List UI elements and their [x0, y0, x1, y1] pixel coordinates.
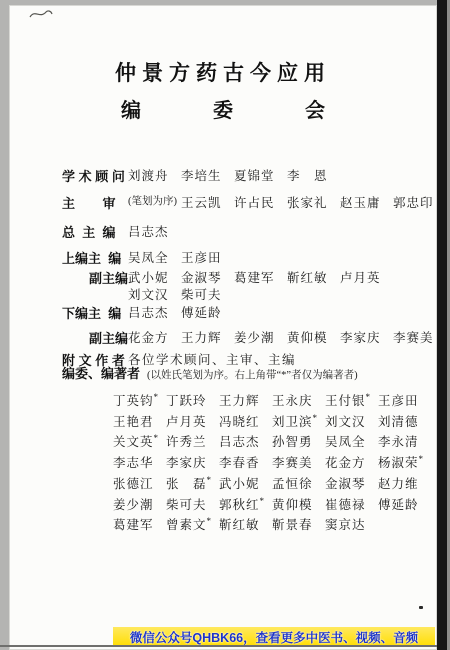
row-label: 副主编 — [62, 328, 128, 347]
row-note: (笔划为序) — [128, 196, 177, 207]
person-name: 赵力维 — [378, 474, 420, 492]
person-name: 李赛美 — [272, 453, 314, 471]
committee-grid-row: 张德江张 磊*武小妮孟恒徐金淑琴赵力维 — [113, 474, 431, 492]
editorial-row: 副主编花金方王力辉姜少潮黄仰模李家庆李赛美 — [62, 328, 446, 347]
person-name: 靳景春 — [272, 515, 314, 533]
person-name: 李志华 — [113, 453, 155, 471]
editorial-row: 上编主 编吴凤全王彦田 — [62, 248, 234, 267]
editor-only-asterisk: * — [207, 516, 212, 526]
person-name: 傅延龄 — [181, 303, 223, 321]
committee-heading: 编委、编著者 (以姓氏笔划为序。右上角带“*”者仅为编著者) — [62, 363, 358, 383]
page-title: 仲景方药古今应用 — [9, 57, 437, 87]
person-name: 金淑琴 — [181, 268, 223, 286]
person-name: 窦京达 — [325, 515, 367, 533]
person-name: 姜少潮 — [234, 328, 276, 346]
person-name: 王艳君 — [113, 412, 155, 430]
row-label: 主 审 — [62, 193, 128, 212]
person-name: 葛建军 — [113, 515, 155, 533]
row-label: 下编主 编 — [62, 303, 128, 322]
person-name: 李培生 — [181, 166, 223, 184]
person-name: 王力辉 — [181, 328, 223, 346]
person-name: 黄仰模 — [272, 495, 314, 513]
person-name: 许秀兰 — [166, 432, 208, 450]
editorial-row: 总 主 编吕志杰 — [62, 222, 181, 241]
person-name: 孙智勇 — [272, 432, 314, 450]
person-name: 吴凤全 — [128, 248, 170, 266]
person-name: 孟恒徐 — [272, 474, 314, 492]
person-name: 卢月英 — [166, 412, 208, 430]
person-name: 李 恩 — [287, 166, 329, 184]
person-name: 冯晓红 — [219, 412, 261, 430]
person-name: 郭忠印 — [393, 193, 435, 211]
committee-grid-row: 丁英钧*丁跃玲王力辉王永庆王付银*王彦田 — [113, 391, 431, 409]
person-name: 丁跃玲 — [166, 391, 208, 409]
person-name: 王彦田 — [378, 391, 420, 409]
person-name: 李永清 — [378, 432, 420, 450]
person-name: 金淑琴 — [325, 474, 367, 492]
person-name: 柴可夫 — [166, 495, 208, 513]
committee-note: (以姓氏笔划为序。右上角带“*”者仅为编著者) — [147, 370, 358, 381]
committee-grid-row: 葛建军曾素文*靳红敏靳景春窦京达 — [113, 515, 378, 533]
person-name: 花金方 — [325, 453, 367, 471]
person-name: 王永庆 — [272, 391, 314, 409]
person-name: 刘文汉 — [325, 412, 367, 430]
editor-only-asterisk: * — [260, 496, 265, 506]
page-subtitle: 编 委 会 — [9, 94, 437, 123]
person-name: 丁英钧* — [113, 391, 155, 409]
person-name: 王力辉 — [219, 391, 261, 409]
editor-only-asterisk: * — [419, 454, 424, 464]
person-name: 吕志杰 — [128, 222, 170, 240]
person-name: 王付银* — [325, 391, 367, 409]
person-name: 刘渡舟 — [128, 166, 170, 184]
person-name: 傅延龄 — [378, 495, 420, 513]
scan-bottom-edge — [0, 645, 438, 647]
person-name: 关文英* — [113, 432, 155, 450]
banner-text: 微信公众号QHBK66，查看更多中医书、视频、音频 — [130, 628, 418, 646]
committee-label: 编委、编著者 — [62, 366, 140, 381]
editor-only-asterisk: * — [154, 433, 159, 443]
editorial-row: 学 术 顾 问刘渡舟李培生夏锦堂李 恩 — [62, 166, 340, 185]
person-name: 王云凯 — [181, 193, 223, 211]
person-name: 武小妮 — [219, 474, 261, 492]
pen-mark — [28, 7, 54, 21]
person-name: 花金方 — [128, 328, 170, 346]
row-label: 总 主 编 — [62, 222, 128, 241]
committee-grid-row: 李志华李家庆李春香李赛美花金方杨淑荣* — [113, 453, 431, 471]
scan-speck — [419, 606, 423, 609]
person-name: 卢月英 — [340, 268, 382, 286]
person-name: 姜少潮 — [113, 495, 155, 513]
person-name: 吕志杰 — [219, 432, 261, 450]
person-name: 柴可夫 — [181, 285, 223, 303]
person-name: 张 磊* — [166, 474, 208, 492]
person-name: 李春香 — [219, 453, 261, 471]
person-name: 曾素文* — [166, 515, 208, 533]
person-name: 武小妮 — [128, 268, 170, 286]
person-name: 崔德禄 — [325, 495, 367, 513]
committee-grid-row: 王艳君卢月英冯晓红刘卫滨*刘文汉刘清德 — [113, 412, 431, 430]
editorial-row: 刘文汉柴可夫 — [62, 285, 234, 303]
person-name: 刘卫滨* — [272, 412, 314, 430]
person-name: 葛建军 — [234, 268, 276, 286]
scan-gutter-shadow — [437, 0, 447, 650]
person-name: 许占民 — [234, 193, 276, 211]
person-name: 靳红敏 — [219, 515, 261, 533]
row-label: 上编主 编 — [62, 248, 128, 267]
person-name: 李家庆 — [166, 453, 208, 471]
person-name: 黄仰模 — [287, 328, 329, 346]
person-name: 王彦田 — [181, 248, 223, 266]
person-name: 靳红敏 — [287, 268, 329, 286]
editorial-row: 下编主 编吕志杰傅延龄 — [62, 303, 234, 322]
person-name: 张德江 — [113, 474, 155, 492]
editorial-row: 主 审(笔划为序)王云凯许占民张家礼赵玉庸郭忠印 — [62, 193, 446, 212]
person-name: 李赛美 — [393, 328, 435, 346]
person-name: 李家庆 — [340, 328, 382, 346]
editor-only-asterisk: * — [366, 392, 371, 402]
person-name: 赵玉庸 — [340, 193, 382, 211]
person-name: 夏锦堂 — [234, 166, 276, 184]
committee-grid-row: 关文英*许秀兰吕志杰孙智勇吴凤全李永清 — [113, 432, 431, 450]
person-name: 杨淑荣* — [378, 453, 420, 471]
person-name: 刘清德 — [378, 412, 420, 430]
wechat-promo-banner: 微信公众号QHBK66，查看更多中医书、视频、音频 — [113, 627, 435, 647]
editor-only-asterisk: * — [207, 475, 212, 485]
book-page: 仲景方药古今应用 编 委 会 学 术 顾 问刘渡舟李培生夏锦堂李 恩主 审(笔划… — [9, 5, 437, 650]
scanned-page-screenshot: { "doc": { "title": "仲景方药古今应用", "subtitl… — [0, 0, 450, 650]
committee-grid-row: 姜少潮柴可夫郭秋红*黄仰模崔德禄傅延龄 — [113, 495, 431, 513]
person-name: 吕志杰 — [128, 303, 170, 321]
row-label: 学 术 顾 问 — [62, 166, 128, 185]
editor-only-asterisk: * — [154, 392, 159, 402]
person-name: 张家礼 — [287, 193, 329, 211]
person-name: 吴凤全 — [325, 432, 367, 450]
person-name: 郭秋红* — [219, 495, 261, 513]
person-name: 刘文汉 — [128, 285, 170, 303]
editor-only-asterisk: * — [313, 413, 318, 423]
